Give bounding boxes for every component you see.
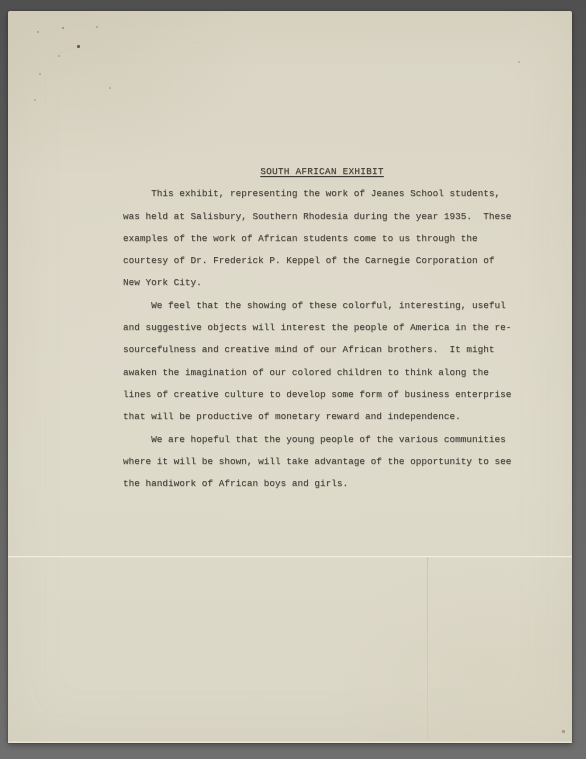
paper-speck [96, 26, 98, 28]
paper-speck [37, 31, 39, 33]
paper-speck [62, 27, 64, 29]
typewritten-text-block: SOUTH AFRICAN EXHIBIT This exhibit, repr… [123, 161, 521, 495]
paper-speck [39, 73, 41, 75]
paragraph-1: This exhibit, representing the work of J… [123, 183, 521, 294]
document-title: SOUTH AFRICAN EXHIBIT [123, 161, 521, 183]
paper-bottom-edge [8, 741, 572, 743]
paragraph-2: We feel that the showing of these colorf… [123, 295, 521, 429]
paragraph-3: We are hopeful that the young people of … [123, 429, 521, 496]
paper-speck [34, 99, 36, 101]
scanned-page: SOUTH AFRICAN EXHIBIT This exhibit, repr… [8, 11, 572, 743]
scan-background: { "scan": { "background_color": "#5f5f5f… [0, 0, 586, 759]
paper-speck [109, 87, 111, 89]
fold-crease-vertical [427, 557, 428, 741]
fold-crease-horizontal [8, 556, 572, 558]
paper-speck [518, 61, 520, 63]
paper-speck [58, 55, 60, 57]
paper-speck [562, 730, 565, 733]
paper-speck [77, 45, 80, 48]
